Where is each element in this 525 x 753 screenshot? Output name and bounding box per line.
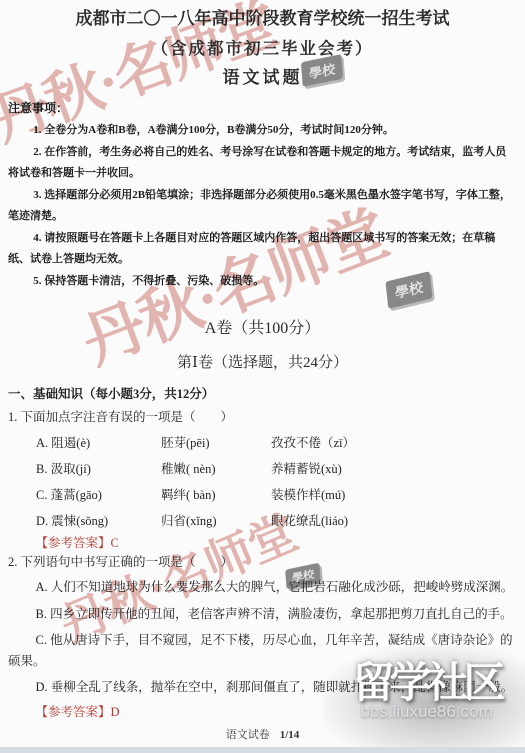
question-1-reference-answer: 【参考答案】C <box>8 533 517 554</box>
notice-item: 2. 在作答前，考生务必将自己的姓名、考号涂写在试卷和答题卡规定的地方。考试结束… <box>8 142 517 185</box>
question-2-reference-answer: 【参考答案】D <box>8 702 517 723</box>
pinyin-item: 眼花缭乱(liáo) <box>271 508 517 534</box>
question-2-option: B. 四乡立即传开他的丑闻，老信客声辨不清，满脸凄伤，拿起那把剪刀直扎自己的手。 <box>8 604 517 625</box>
notice-item: 4. 请按照题号在答题卡上各题目对应的答题区域内作答，超出答题区域书写的答案无效… <box>8 228 517 271</box>
footer-doc-label: 语文试卷 <box>226 729 270 741</box>
notice-item: 5. 保持答题卡清洁，不得折叠、污染、破损等。 <box>8 271 517 293</box>
exam-title-line1: 成都市二〇一八年高中阶段教育学校统一招生考试 <box>8 8 517 30</box>
pinyin-item: A. 阻遏(è) <box>36 430 161 456</box>
pinyin-item: 胚芽(pēi) <box>161 430 271 456</box>
scan-edge-strip <box>0 747 525 753</box>
notice-item: 1. 全卷分为A卷和B卷，A卷满分100分，B卷满分50分，考试时间120分钟。 <box>8 120 517 142</box>
exam-paper-page: 丹秋·名师堂 丹秋·名师堂 丹秋·名师堂 學校 學校 學校 成都市二〇一八年高中… <box>0 0 525 753</box>
notices-heading: 注意事项： <box>8 100 517 117</box>
document-content: 成都市二〇一八年高中阶段教育学校统一招生考试 （含成都市初三毕业会考） 语文试题… <box>0 8 525 742</box>
notice-item: 3. 选择题部分必须用2B铅笔填涂；非选择题部分必须使用0.5毫米黑色墨水签字笔… <box>8 185 517 228</box>
question-1-stem: 1. 下面加点字注音有误的一项是（ ） <box>8 407 517 428</box>
pinyin-option-row: D. 震悚(sǒng) 归省(xǐng) 眼花缭乱(liáo) <box>36 508 517 534</box>
pinyin-item: 养精蓄锐(xù) <box>271 456 517 482</box>
pinyin-item: 孜孜不倦（zī） <box>271 430 517 456</box>
pinyin-item: 羁绊( bàn) <box>161 482 271 508</box>
volume-a-heading: A卷（共100分） <box>8 318 517 340</box>
pinyin-item: 装模作样(mú) <box>271 482 517 508</box>
pinyin-item: D. 震悚(sǒng) <box>36 508 161 534</box>
question-2-option: A. 人们不知道地球为什么要发那么大的脾气，它把岩石融化成沙砾，把峻岭劈成深渊。 <box>8 577 517 598</box>
pinyin-item: 归省(xǐng) <box>161 508 271 534</box>
page-footer: 语文试卷1/14 <box>8 728 517 742</box>
question-2-option: D. 垂柳全乱了线条，抛举在空中，刹那间僵直了，随即就扑撒下来，乱得像麻团一般。 <box>8 677 517 698</box>
pinyin-item: B. 汲取(jí) <box>36 456 161 482</box>
footer-page-number: 1/14 <box>280 729 300 741</box>
pinyin-option-row: A. 阻遏(è) 胚芽(pēi) 孜孜不倦（zī） <box>36 430 517 456</box>
pinyin-item: 稚嫩( nèn) <box>161 456 271 482</box>
pinyin-item: C. 蓬蒿(gāo) <box>36 482 161 508</box>
section-1-heading: 一、基础知识（每小题3分，共12分） <box>8 385 517 403</box>
pinyin-option-row: B. 汲取(jí) 稚嫩( nèn) 养精蓄锐(xù) <box>36 456 517 482</box>
question-2-option: C. 他从唐诗下手，目不窥园，足不下楼，历尽心血，几年辛苦，凝结成《唐诗杂论》的… <box>8 630 517 672</box>
pinyin-option-row: C. 蓬蒿(gāo) 羁绊( bàn) 装模作样(mú) <box>36 482 517 508</box>
question-1-options: A. 阻遏(è) 胚芽(pēi) 孜孜不倦（zī） B. 汲取(jí) 稚嫩( … <box>36 430 517 534</box>
exam-title-line2: （含成都市初三毕业会考） <box>8 38 517 59</box>
question-2-stem: 2. 下列语句中书写正确的一项是（ ） <box>8 552 517 573</box>
part-1-heading: 第Ⅰ卷（选择题，共24分） <box>8 353 517 373</box>
exam-subject-title: 语文试题 <box>8 67 517 88</box>
